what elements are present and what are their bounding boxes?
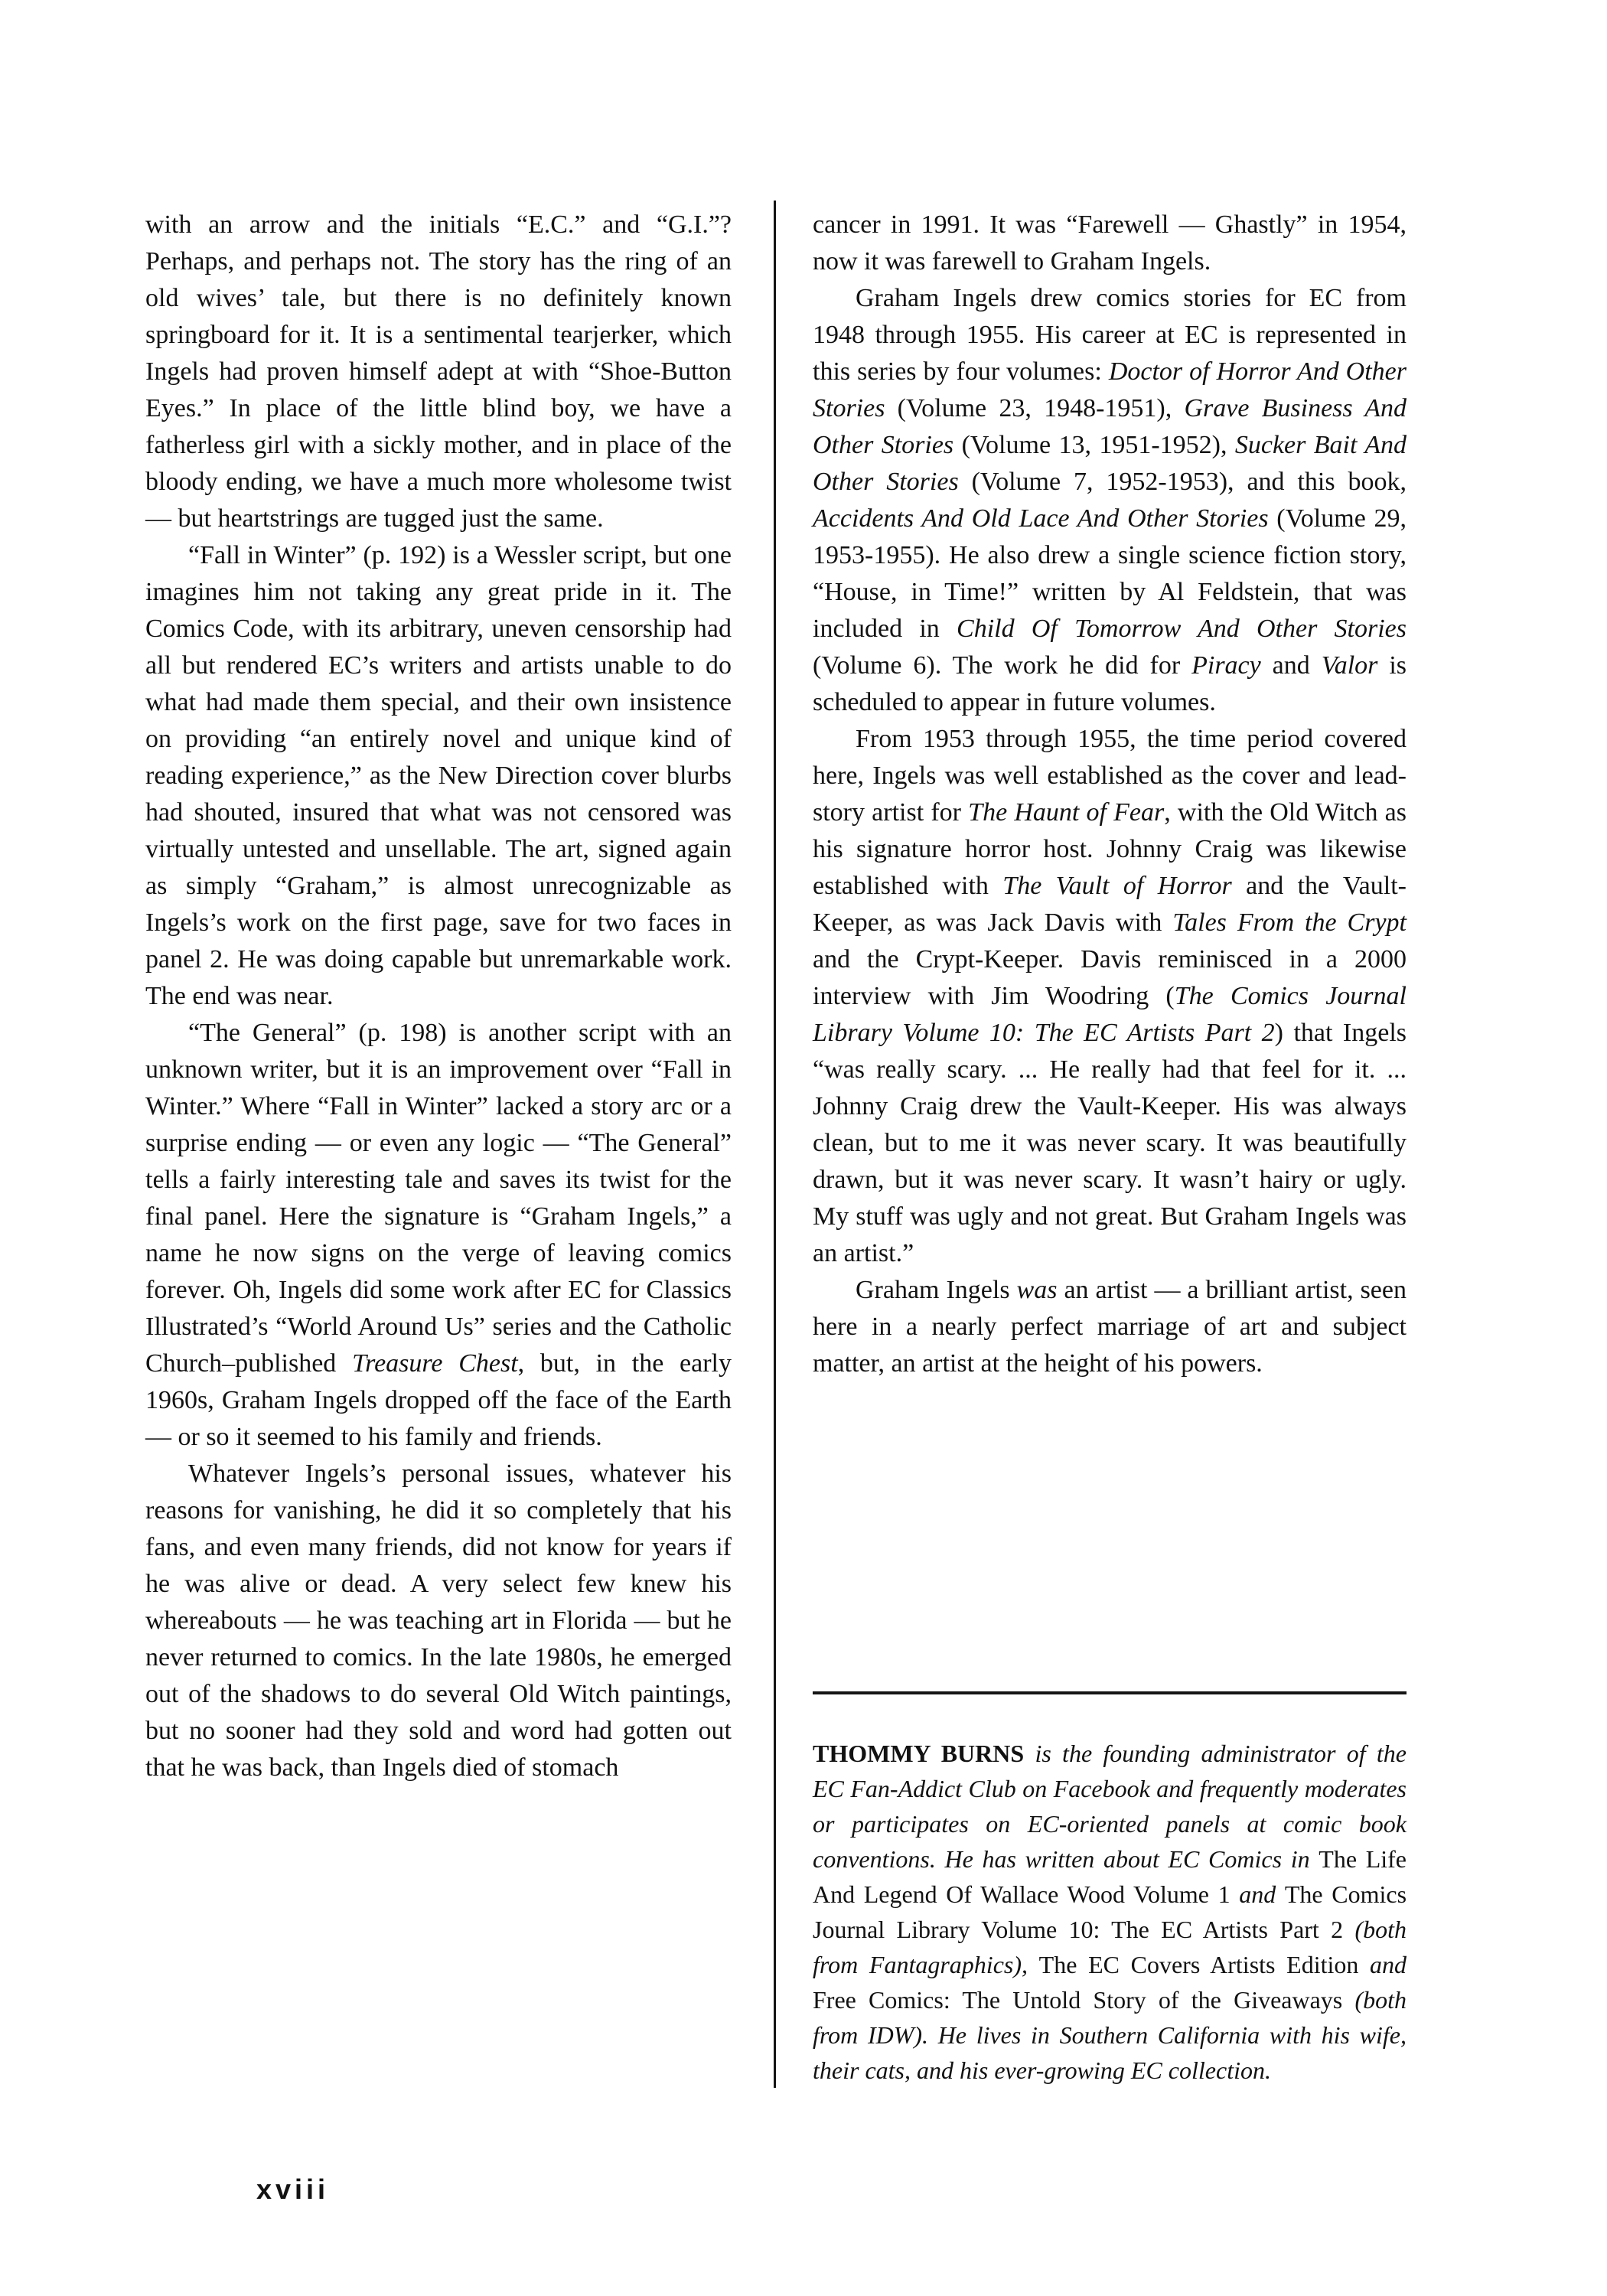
text-run: THOMMY BURNS: [813, 1740, 1035, 1767]
text-run: The EC Covers Artists Edition: [1039, 1951, 1370, 1978]
text-run: Free Comics: The Untold Story of the Giv…: [813, 1986, 1354, 2014]
column-divider-rule: [774, 201, 776, 2088]
text-run: with an arrow and the initials “E.C.” an…: [145, 210, 732, 533]
paragraph: Graham Ingels was an artist — a brillian…: [813, 1272, 1407, 1382]
text-run: Child Of Tomorrow And Other Stories: [957, 615, 1407, 643]
author-bio: THOMMY BURNS is the founding administrat…: [813, 1736, 1407, 2088]
paragraph: Graham Ingels drew comics stories for EC…: [813, 280, 1407, 721]
paragraph: From 1953 through 1955, the time period …: [813, 721, 1407, 1272]
text-run: “The General” (p. 198) is another script…: [145, 1019, 732, 1378]
page-number: xviii: [256, 2174, 329, 2206]
paragraph: “Fall in Winter” (p. 192) is a Wessler s…: [145, 537, 732, 1015]
text-run: and: [1261, 651, 1322, 680]
text-run: Treasure Chest: [352, 1349, 518, 1378]
text-run: ) that Ingels “was really scary. ... He …: [813, 1019, 1407, 1267]
text-run: was: [1017, 1276, 1058, 1304]
text-run: Tales From the Crypt: [1172, 908, 1407, 937]
text-run: Valor: [1322, 651, 1378, 680]
left-column: with an arrow and the initials “E.C.” an…: [145, 207, 732, 1786]
paragraph: with an arrow and the initials “E.C.” an…: [145, 207, 732, 537]
text-run: cancer in 1991. It was “Farewell — Ghast…: [813, 210, 1407, 276]
text-run: and: [1370, 1951, 1407, 1978]
paragraph: “The General” (p. 198) is another script…: [145, 1015, 732, 1456]
book-page: with an arrow and the initials “E.C.” an…: [0, 0, 1607, 2296]
text-run: Graham Ingels: [856, 1276, 1017, 1304]
text-run: The Haunt of Fear: [968, 798, 1164, 827]
bio-divider-rule: [813, 1691, 1407, 1694]
right-column: cancer in 1991. It was “Farewell — Ghast…: [813, 207, 1407, 1382]
text-run: Whatever Ingels’s personal issues, whate…: [145, 1459, 732, 1782]
text-run: Piracy: [1191, 651, 1261, 680]
text-run: (Volume 13, 1951-1952),: [953, 431, 1235, 459]
text-run: (Volume 23, 1948-1951),: [885, 394, 1184, 422]
text-run: (Volume 6). The work he did for: [813, 651, 1191, 680]
text-run: The Vault of Horror: [1002, 872, 1231, 900]
paragraph: cancer in 1991. It was “Farewell — Ghast…: [813, 207, 1407, 280]
text-run: (Volume 7, 1952-1953), and this book,: [959, 468, 1407, 496]
text-run: and: [1239, 1880, 1285, 1908]
text-run: Accidents And Old Lace And Other Stories: [813, 504, 1269, 533]
paragraph: Whatever Ingels’s personal issues, whate…: [145, 1456, 732, 1786]
text-run: “Fall in Winter” (p. 192) is a Wessler s…: [145, 541, 732, 1010]
